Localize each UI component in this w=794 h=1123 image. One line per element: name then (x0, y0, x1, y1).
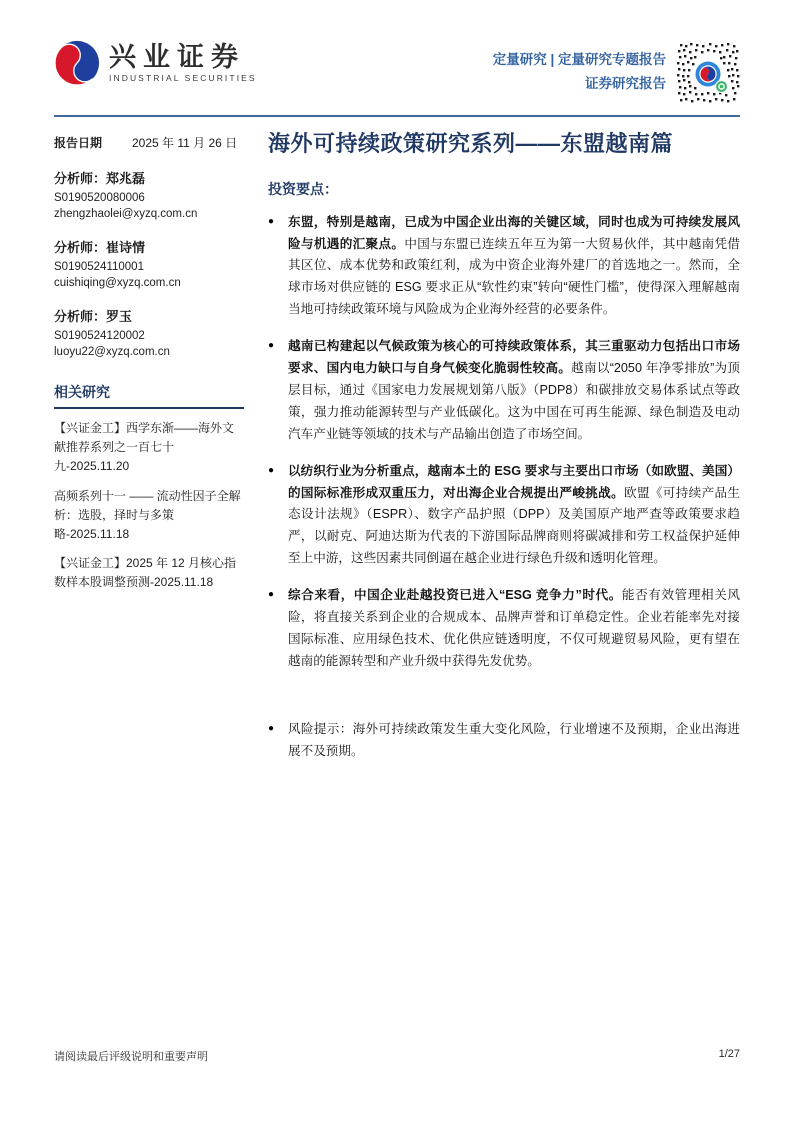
page-number: 1/27 (719, 1048, 740, 1064)
related-research-item: 高频系列十一 —— 流动性因子全解析：选股，择时与多策略-2025.11.18 (54, 487, 244, 545)
risk-notice-item: ● 风险提示：海外可持续政策发生重大变化风险，行业增速不及预期，企业出海进展不及… (268, 719, 740, 763)
brand-swirl-icon (44, 30, 109, 95)
category-line: 定量研究 | 定量研究专题报告 (493, 48, 666, 72)
risk-notice-text: 风险提示：海外可持续政策发生重大变化风险，行业增速不及预期，企业出海进展不及预期… (288, 722, 740, 758)
analyst-license: S0190524110001 (54, 261, 244, 273)
header-right: 定量研究 | 定量研究专题报告 证券研究报告 (493, 42, 740, 106)
analyst-name: 分析师：罗玉 (54, 306, 244, 325)
analyst-email[interactable]: luoyu22@xyzq.com.cn (54, 346, 244, 358)
highlights-label: 投资要点： (268, 179, 740, 199)
brand-name-en: INDUSTRIAL SECURITIES (109, 73, 257, 83)
analyst-name: 分析师：郑兆磊 (54, 168, 244, 187)
bullet-icon: ● (268, 336, 288, 446)
highlight-item: ● 东盟，特别是越南，已成为中国企业出海的关键区域，同时也成为可持续发展风险与机… (268, 212, 740, 322)
report-date-row: 报告日期 2025 年 11 月 26 日 (54, 134, 244, 151)
report-type-label: 证券研究报告 (493, 72, 666, 96)
bullet-icon: ● (268, 212, 288, 322)
report-main: 海外可持续政策研究系列——东盟越南篇 投资要点： ● 东盟，特别是越南，已成为中… (268, 130, 740, 778)
analyst-license: S0190524120002 (54, 330, 244, 342)
related-research-title: 相关研究 (54, 382, 244, 409)
highlight-bold-text: 综合来看，中国企业赴越投资已进入“ESG 竞争力”时代。 (288, 588, 622, 602)
report-title: 海外可持续政策研究系列——东盟越南篇 (268, 130, 740, 159)
report-page: 兴业证券 INDUSTRIAL SECURITIES 定量研究 | 定量研究专题… (0, 0, 794, 778)
bullet-icon: ● (268, 585, 288, 673)
analyst-name: 分析师：崔诗情 (54, 237, 244, 256)
analyst-block: 分析师：罗玉 S0190524120002 luoyu22@xyzq.com.c… (54, 306, 244, 358)
related-research-item: 【兴证金工】2025 年 12 月核心指数样本股调整预测-2025.11.18 (54, 554, 244, 592)
brand-text: 兴业证券 INDUSTRIAL SECURITIES (109, 43, 257, 83)
brand-block: 兴业证券 INDUSTRIAL SECURITIES (54, 40, 257, 86)
brand-name-cn: 兴业证券 (109, 43, 257, 71)
footer-disclaimer: 请阅读最后评级说明和重要声明 (54, 1048, 208, 1064)
analyst-block: 分析师：崔诗情 S0190524110001 cuishiqing@xyzq.c… (54, 237, 244, 289)
analyst-email[interactable]: cuishiqing@xyzq.com.cn (54, 277, 244, 289)
highlights-list: ● 东盟，特别是越南，已成为中国企业出海的关键区域，同时也成为可持续发展风险与机… (268, 212, 740, 763)
header-divider (54, 115, 740, 117)
analyst-email[interactable]: zhengzhaolei@xyzq.com.cn (54, 208, 244, 220)
page-footer: 请阅读最后评级说明和重要声明 1/27 (54, 1048, 740, 1064)
analyst-block: 分析师：郑兆磊 S0190520080006 zhengzhaolei@xyzq… (54, 168, 244, 220)
report-date-value: 2025 年 11 月 26 日 (132, 134, 237, 151)
report-date-label: 报告日期 (54, 134, 132, 151)
highlight-item: ● 越南已构建起以气候政策为核心的可持续政策体系，其三重驱动力包括出口市场要求、… (268, 336, 740, 446)
related-research-item: 【兴证金工】西学东渐——海外文献推荐系列之一百七十九-2025.11.20 (54, 419, 244, 477)
report-sidebar: 报告日期 2025 年 11 月 26 日 分析师：郑兆磊 S019052008… (54, 130, 244, 778)
bullet-icon: ● (268, 719, 288, 763)
related-research: 相关研究 【兴证金工】西学东渐——海外文献推荐系列之一百七十九-2025.11.… (54, 382, 244, 593)
qr-code (676, 42, 740, 106)
highlight-item: ● 综合来看，中国企业赴越投资已进入“ESG 竞争力”时代。能否有效管理相关风险… (268, 585, 740, 673)
page-header: 兴业证券 INDUSTRIAL SECURITIES 定量研究 | 定量研究专题… (54, 40, 740, 106)
highlight-item: ● 以纺织行业为分析重点，越南本土的 ESG 要求与主要出口市场（如欧盟、美国）… (268, 461, 740, 571)
report-category: 定量研究 | 定量研究专题报告 证券研究报告 (493, 48, 666, 95)
bullet-icon: ● (268, 461, 288, 571)
analyst-license: S0190520080006 (54, 192, 244, 204)
